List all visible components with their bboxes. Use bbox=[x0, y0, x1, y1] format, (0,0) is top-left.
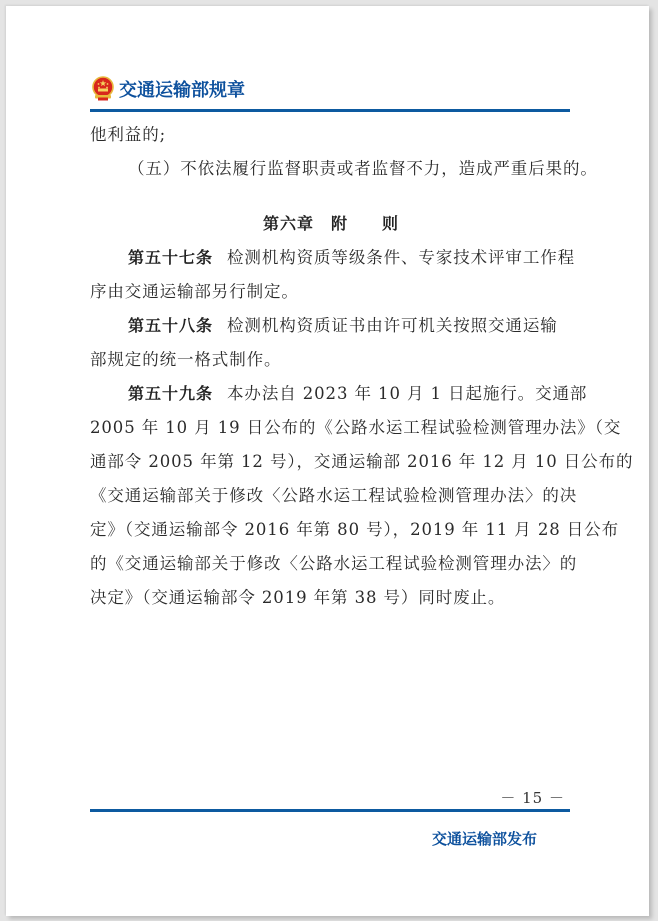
text-line: 《交通运输部关于修改〈公路水运工程试验检测管理办法〉的决 bbox=[90, 479, 572, 513]
page-number: － 15 － bbox=[500, 787, 565, 808]
article-number: 第五十七条 bbox=[128, 248, 213, 267]
footer-publisher: 交通运输部发布 bbox=[432, 828, 537, 849]
document-header: 交通运输部规章 bbox=[90, 76, 245, 102]
document-body: 他利益的; （五）不依法履行监督职责或者监督不力，造成严重后果的。 第六章 附 … bbox=[90, 118, 572, 615]
chapter-title: 第六章 附 则 bbox=[90, 207, 572, 241]
national-emblem-icon bbox=[90, 76, 116, 102]
article-text: 本办法自 2023 年 10 月 1 日起施行。交通部 bbox=[227, 384, 587, 403]
document-page: 交通运输部规章 他利益的; （五）不依法履行监督职责或者监督不力，造成严重后果的… bbox=[6, 6, 649, 916]
article-57: 第五十七条检测机构资质等级条件、专家技术评审工作程 序由交通运输部另行制定。 bbox=[90, 241, 572, 309]
text-line: 通部令 2005 年第 12 号），交通运输部 2016 年 12 月 10 日… bbox=[90, 445, 572, 479]
article-59: 第五十九条本办法自 2023 年 10 月 1 日起施行。交通部 2005 年 … bbox=[90, 377, 572, 615]
header-title: 交通运输部规章 bbox=[119, 76, 245, 102]
header-divider bbox=[90, 109, 570, 112]
text-line: （五）不依法履行监督职责或者监督不力，造成严重后果的。 bbox=[90, 152, 572, 186]
article-number: 第五十九条 bbox=[128, 384, 213, 403]
article-58: 第五十八条检测机构资质证书由许可机关按照交通运输 部规定的统一格式制作。 bbox=[90, 309, 572, 377]
text-line: 定》（交通运输部令 2016 年第 80 号），2019 年 11 月 28 日… bbox=[90, 513, 572, 547]
text-line: 2005 年 10 月 19 日公布的《公路水运工程试验检测管理办法》（交 bbox=[90, 411, 572, 445]
text-line: 决定》（交通运输部令 2019 年第 38 号）同时废止。 bbox=[90, 581, 572, 615]
text-line: 序由交通运输部另行制定。 bbox=[90, 275, 572, 309]
article-number: 第五十八条 bbox=[128, 316, 213, 335]
footer-divider bbox=[90, 809, 570, 812]
text-line: 的《交通运输部关于修改〈公路水运工程试验检测管理办法〉的 bbox=[90, 547, 572, 581]
article-text: 检测机构资质等级条件、专家技术评审工作程 bbox=[227, 248, 575, 267]
article-text: 检测机构资质证书由许可机关按照交通运输 bbox=[227, 316, 558, 335]
text-line: 他利益的; bbox=[90, 118, 572, 152]
text-line: 部规定的统一格式制作。 bbox=[90, 343, 572, 377]
